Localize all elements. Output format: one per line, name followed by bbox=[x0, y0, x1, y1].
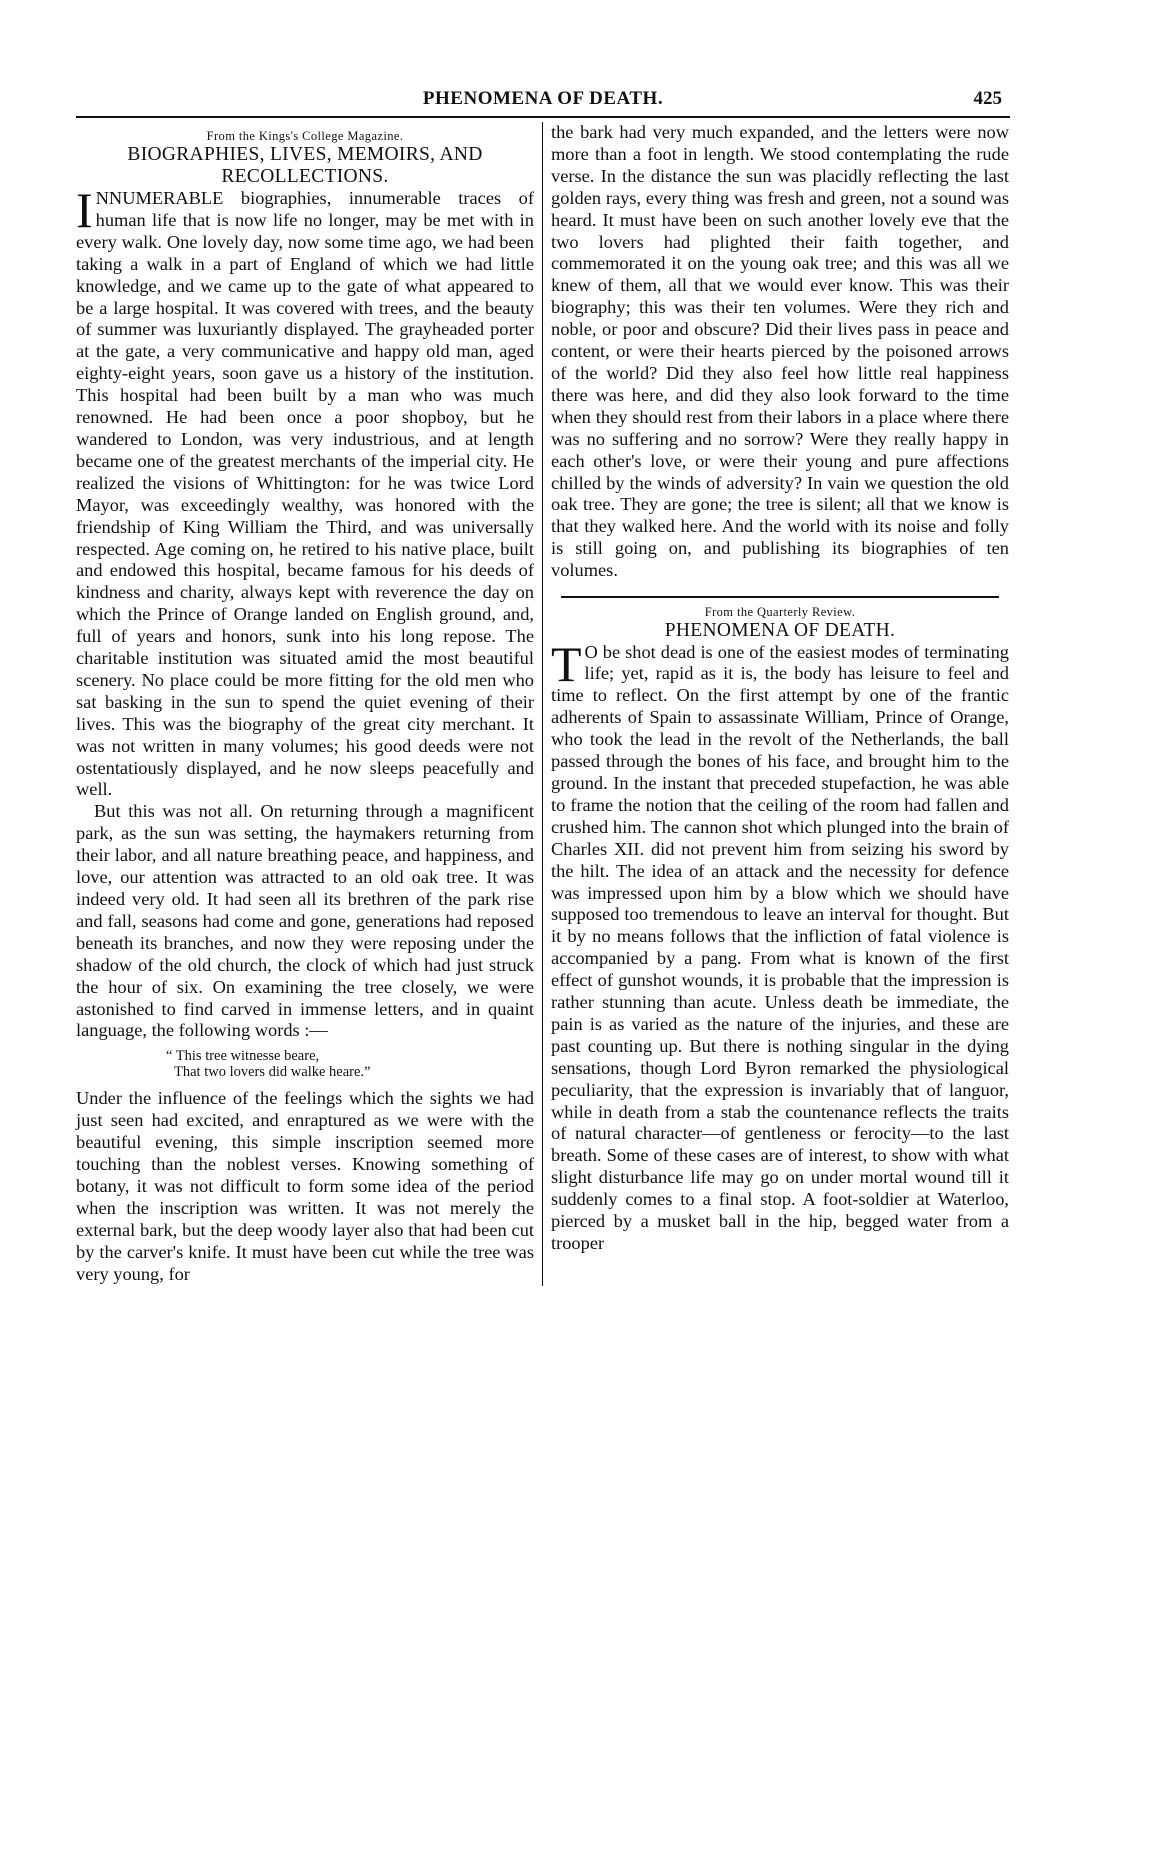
document-page: PHENOMENA OF DEATH. 425 From the Kings's… bbox=[76, 82, 1010, 1286]
running-head: PHENOMENA OF DEATH. 425 bbox=[76, 82, 1010, 116]
article1-source: From the Kings's College Magazine. bbox=[76, 128, 534, 144]
header-rule bbox=[76, 116, 1010, 118]
article1-paragraph-3-continued: the bark had very much expanded, and the… bbox=[551, 122, 1009, 582]
article1-paragraph-3: Under the influence of the feelings whic… bbox=[76, 1088, 534, 1285]
article2-source: From the Quarterly Review. bbox=[551, 604, 1009, 620]
two-column-body: From the Kings's College Magazine. BIOGR… bbox=[76, 122, 1010, 1286]
verse-inscription: “ This tree witnesse beare, That two lov… bbox=[166, 1048, 534, 1080]
article1-title: BIOGRAPHIES, LIVES, MEMOIRS, AND RECOLLE… bbox=[76, 144, 534, 188]
article1-paragraph-1: INNUMERABLE biographies, innumerable tra… bbox=[76, 188, 534, 801]
article-divider bbox=[561, 596, 999, 598]
verse-line: That two lovers did walke heare.” bbox=[166, 1064, 534, 1080]
article2-paragraph-1: TO be shot dead is one of the easiest mo… bbox=[551, 642, 1009, 1255]
right-column: the bark had very much expanded, and the… bbox=[542, 122, 1009, 1286]
running-title: PHENOMENA OF DEATH. bbox=[76, 88, 1010, 110]
verse-line: “ This tree witnesse beare, bbox=[166, 1048, 534, 1064]
article2-title: PHENOMENA OF DEATH. bbox=[551, 620, 1009, 642]
article1-paragraph-2: But this was not all. On returning throu… bbox=[76, 801, 534, 1042]
page-number: 425 bbox=[974, 88, 1003, 110]
left-column: From the Kings's College Magazine. BIOGR… bbox=[76, 122, 542, 1286]
